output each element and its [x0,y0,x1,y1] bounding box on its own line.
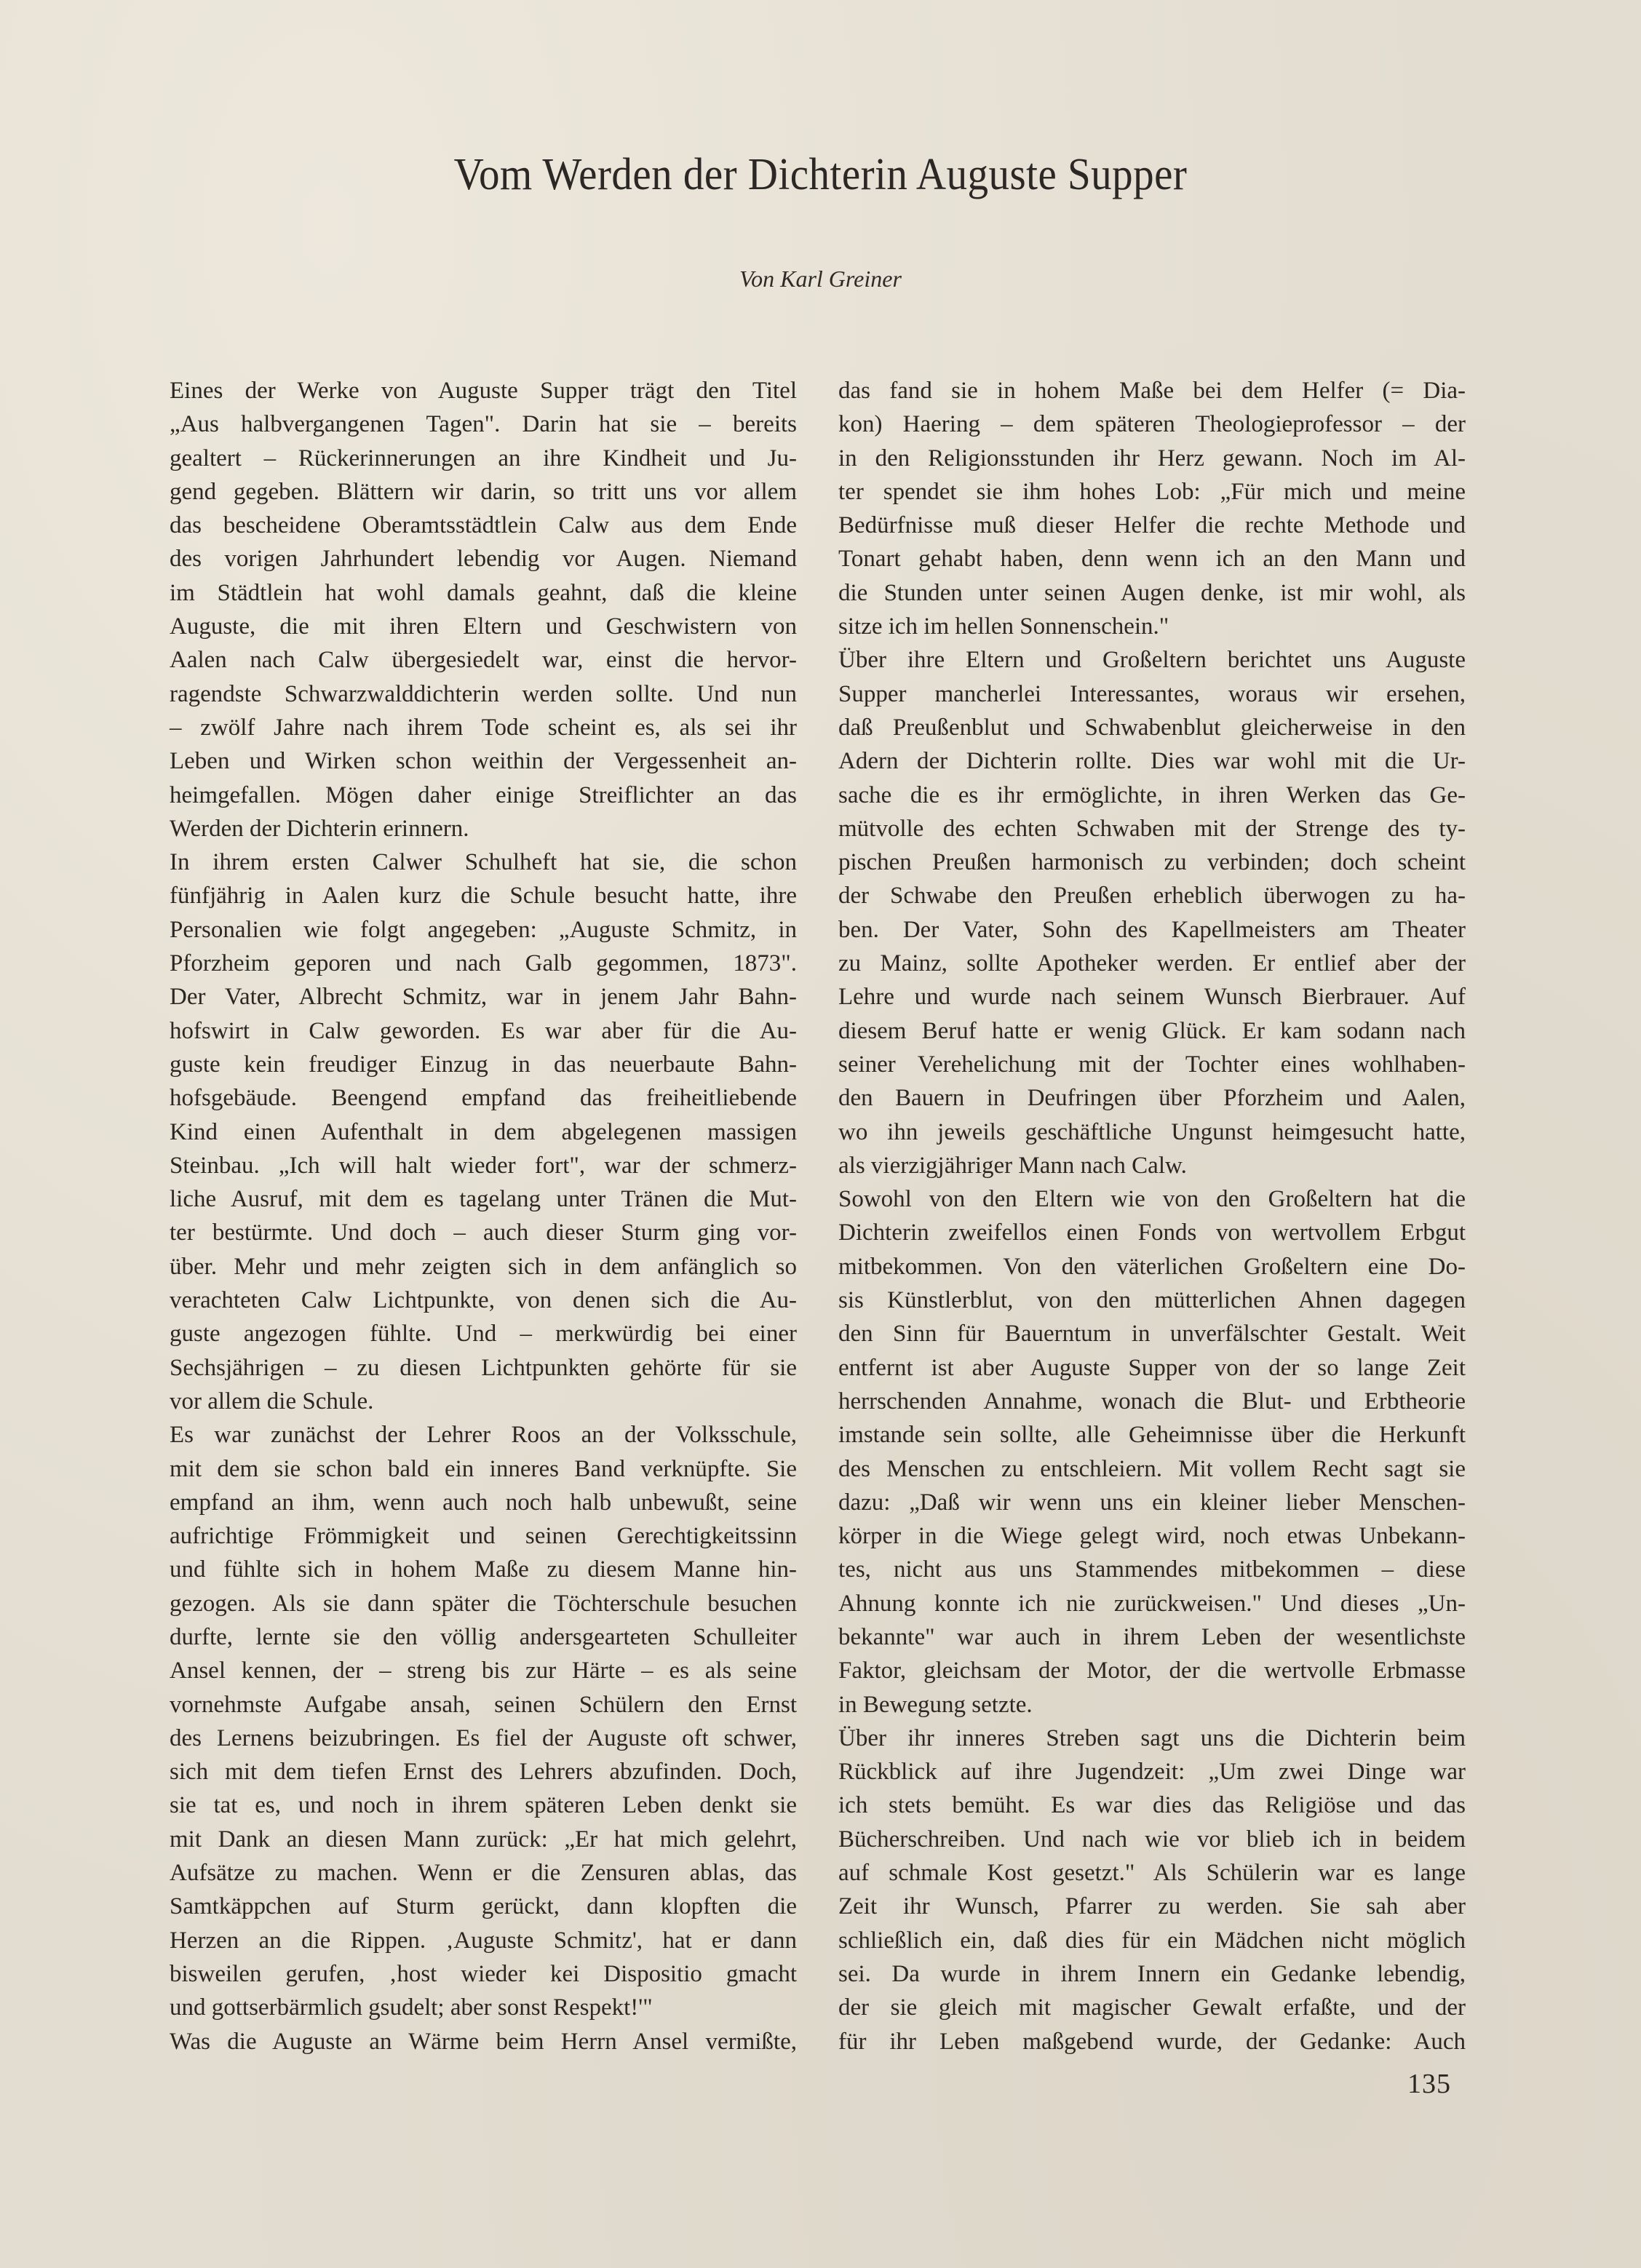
text-line: das fand sie in hohem Maße bei dem Helfe… [838,374,1466,407]
text-line: und fühlte sich in hohem Maße zu diesem … [170,1553,797,1586]
text-line: mitbekommen. Von den väterlichen Großelt… [838,1250,1466,1284]
text-line: bisweilen gerufen, ‚host wieder kei Disp… [170,1957,797,1991]
text-line: Auguste, die mit ihren Eltern und Geschw… [170,610,797,643]
text-line: verachteten Calw Lichtpunkte, von denen … [170,1284,797,1317]
text-line: ter bestürmte. Und doch – auch dieser St… [170,1216,797,1249]
text-line: Faktor, gleichsam der Motor, der die wer… [838,1654,1466,1687]
author-byline: Von Karl Greiner [0,266,1641,293]
text-line: kon) Haering – dem späteren Theologiepro… [838,407,1466,441]
text-column-left: Eines der Werke von Auguste Supper trägt… [170,374,797,2058]
text-line: seiner Verehelichung mit der Tochter ein… [838,1048,1466,1081]
text-line: Ansel kennen, der – streng bis zur Härte… [170,1654,797,1687]
text-line: mit dem sie schon bald ein inneres Band … [170,1452,797,1486]
text-line: Ahnung konnte ich nie zurückweisen." Und… [838,1587,1466,1620]
text-line: Personalien wie folgt angegeben: „August… [170,913,797,947]
text-line: den Bauern in Deufringen über Pforzheim … [838,1081,1466,1115]
page-title: Vom Werden der Dichterin Auguste Supper [65,149,1576,201]
text-line: in den Religionsstunden ihr Herz gewann.… [838,442,1466,475]
text-line: gend gegeben. Blättern wir darin, so tri… [170,475,797,509]
text-line: sitze ich im hellen Sonnenschein." [838,610,1466,643]
text-line: diesem Beruf hatte er wenig Glück. Er ka… [838,1014,1466,1048]
text-line: wo ihn jeweils geschäftliche Ungunst hei… [838,1115,1466,1149]
text-line: hofswirt in Calw geworden. Es war aber f… [170,1014,797,1048]
text-line: Steinbau. „Ich will halt wieder fort", w… [170,1149,797,1182]
text-line: ich stets bemüht. Es war dies das Religi… [838,1788,1466,1822]
text-line: Lehre und wurde nach seinem Wunsch Bierb… [838,980,1466,1014]
text-line: Über ihre Eltern und Großeltern berichte… [838,643,1466,677]
text-line: gezogen. Als sie dann später die Töchter… [170,1587,797,1620]
text-line: Zeit ihr Wunsch, Pfarrer zu werden. Sie … [838,1890,1466,1923]
text-line: hofsgebäude. Beengend empfand das freihe… [170,1081,797,1115]
text-line: ben. Der Vater, Sohn des Kapellmeisters … [838,913,1466,947]
text-line: und gottserbärmlich gsudelt; aber sonst … [170,1991,797,2024]
text-line: bekannte" war auch in ihrem Leben der we… [838,1620,1466,1654]
text-line: Sechsjährigen – zu diesen Lichtpunkten g… [170,1351,797,1385]
text-line: Samtkäppchen auf Sturm gerückt, dann klo… [170,1890,797,1923]
text-line: Der Vater, Albrecht Schmitz, war in jene… [170,980,797,1014]
text-line: in Bewegung setzte. [838,1688,1466,1722]
text-line: ter spendet sie ihm hohes Lob: „Für mich… [838,475,1466,509]
text-line: durfte, lernte sie den völlig andersgear… [170,1620,797,1654]
text-line: Was die Auguste an Wärme beim Herrn Anse… [170,2025,797,2058]
text-line: aufrichtige Frömmigkeit und seinen Gerec… [170,1519,797,1553]
text-line: heimgefallen. Mögen daher einige Streifl… [170,779,797,812]
text-line: mit Dank an diesen Mann zurück: „Er hat … [170,1823,797,1856]
text-line: sei. Da wurde in ihrem Innern ein Gedank… [838,1957,1466,1991]
text-line: Werden der Dichterin erinnern. [170,812,797,845]
text-line: den Sinn für Bauerntum in unverfälschter… [838,1317,1466,1350]
text-line: Über ihr inneres Streben sagt uns die Di… [838,1722,1466,1755]
text-line: des Lernens beizubringen. Es fiel der Au… [170,1722,797,1755]
text-line: als vierzigjähriger Mann nach Calw. [838,1149,1466,1182]
text-line: In ihrem ersten Calwer Schulheft hat sie… [170,845,797,879]
text-line: – zwölf Jahre nach ihrem Tode scheint es… [170,711,797,744]
text-line: Aufsätze zu machen. Wenn er die Zensuren… [170,1856,797,1890]
text-line: pischen Preußen harmonisch zu verbinden;… [838,845,1466,879]
text-line: Tonart gehabt haben, denn wenn ich an de… [838,542,1466,576]
text-column-right: das fand sie in hohem Maße bei dem Helfe… [838,374,1466,2058]
text-line: im Städtlein hat wohl damals geahnt, daß… [170,576,797,610]
text-line: der Schwabe den Preußen erheblich überwo… [838,879,1466,912]
text-line: zu Mainz, sollte Apotheker werden. Er en… [838,947,1466,980]
text-line: Es war zunächst der Lehrer Roos an der V… [170,1418,797,1452]
text-line: Rückblick auf ihre Jugendzeit: „Um zwei … [838,1755,1466,1788]
text-line: vornehmste Aufgabe ansah, seinen Schüler… [170,1688,797,1722]
text-line: Adern der Dichterin rollte. Dies war woh… [838,744,1466,778]
text-line: vor allem die Schule. [170,1385,797,1418]
text-line: der sie gleich mit magischer Gewalt erfa… [838,1991,1466,2024]
text-line: Kind einen Aufenthalt in dem abgelegenen… [170,1115,797,1149]
text-line: sie tat es, und noch in ihrem späteren L… [170,1788,797,1822]
text-line: sis Künstlerblut, von den mütterlichen A… [838,1284,1466,1317]
text-line: guste kein freudiger Einzug in das neuer… [170,1048,797,1081]
text-line: schließlich ein, daß dies für ein Mädche… [838,1924,1466,1957]
text-line: dazu: „Daß wir wenn uns ein kleiner lieb… [838,1486,1466,1519]
text-line: Sowohl von den Eltern wie von den Großel… [838,1182,1466,1216]
text-line: für ihr Leben maßgebend wurde, der Gedan… [838,2025,1466,2058]
text-line: Leben und Wirken schon weithin der Verge… [170,744,797,778]
text-line: „Aus halbvergangenen Tagen". Darin hat s… [170,407,797,441]
text-line: mütvolle des echten Schwaben mit der Str… [838,812,1466,845]
text-line: guste angezogen fühlte. Und – merkwürdig… [170,1317,797,1350]
text-line: imstande sein sollte, alle Geheimnisse ü… [838,1418,1466,1452]
text-line: des vorigen Jahrhundert lebendig vor Aug… [170,542,797,576]
text-line: körper in die Wiege gelegt wird, noch et… [838,1519,1466,1553]
text-line: Pforzheim geporen und nach Galb gegommen… [170,947,797,980]
text-line: herrschenden Annahme, wonach die Blut- u… [838,1385,1466,1418]
text-line: fünfjährig in Aalen kurz die Schule besu… [170,879,797,912]
text-line: Bedürfnisse muß dieser Helfer die rechte… [838,509,1466,542]
text-line: über. Mehr und mehr zeigten sich in dem … [170,1250,797,1284]
text-line: ragendste Schwarzwalddichterin werden so… [170,677,797,711]
text-line: empfand an ihm, wenn auch noch halb unbe… [170,1486,797,1519]
text-line: Eines der Werke von Auguste Supper trägt… [170,374,797,407]
text-line: liche Ausruf, mit dem es tagelang unter … [170,1182,797,1216]
text-line: gealtert – Rückerinnerungen an ihre Kind… [170,442,797,475]
text-line: Herzen an die Rippen. ‚Auguste Schmitz',… [170,1924,797,1957]
text-line: Aalen nach Calw übergesiedelt war, einst… [170,643,797,677]
text-line: auf schmale Kost gesetzt." Als Schülerin… [838,1856,1466,1890]
page-number: 135 [1407,2068,1451,2100]
text-line: des Menschen zu entschleiern. Mit vollem… [838,1452,1466,1486]
text-line: sache die es ihr ermöglichte, in ihren W… [838,779,1466,812]
text-line: Supper mancherlei Interessantes, woraus … [838,677,1466,711]
text-line: Bücherschreiben. Und nach wie vor blieb … [838,1823,1466,1856]
text-line: tes, nicht aus uns Stammendes mitbekomme… [838,1553,1466,1586]
text-line: Dichterin zweifellos einen Fonds von wer… [838,1216,1466,1249]
text-line: sich mit dem tiefen Ernst des Lehrers ab… [170,1755,797,1788]
text-line: das bescheidene Oberamtsstädtlein Calw a… [170,509,797,542]
text-line: die Stunden unter seinen Augen denke, is… [838,576,1466,610]
text-line: daß Preußenblut und Schwabenblut gleiche… [838,711,1466,744]
text-line: entfernt ist aber Auguste Supper von der… [838,1351,1466,1385]
